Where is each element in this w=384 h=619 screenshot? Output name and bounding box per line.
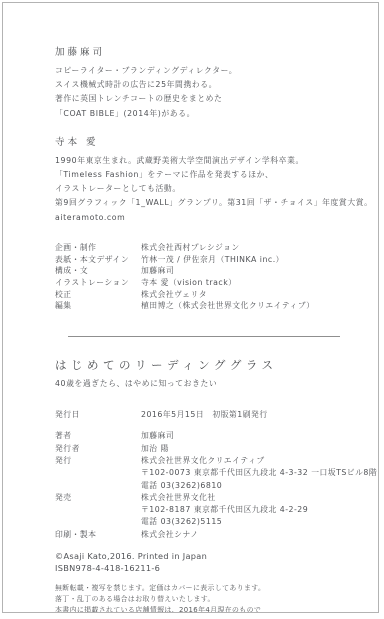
legal-note-line: 無断転載・複写を禁じます。定価はカバーに表示してあります。 (55, 583, 352, 594)
author-bio-line: 著作に英国トレンチコートの歴史をまとめた (55, 92, 352, 106)
illustrator-bio-line: 「Timeless Fashion」をテーマに作品を発表するほか、 (55, 168, 352, 182)
author-bio-line: スイス機械式時計の広告に25年間携わる。 (55, 78, 352, 92)
credit-label: イラストレーション (55, 277, 141, 289)
credit-value: 寺本 愛（vision track） (141, 277, 352, 289)
book-title: はじめてのリーディンググラス (55, 357, 352, 373)
credit-value: 植田博之（株式会社世界文化クリエイティブ） (141, 300, 352, 312)
credit-value: 加藤麻司 (141, 265, 352, 277)
illustrator-bio-line: 1990年東京生まれ。武蔵野美術大学空間演出デザイン学科卒業。 (55, 154, 352, 168)
credit-label: 編集 (55, 300, 141, 312)
section-divider (68, 336, 340, 337)
credit-value: 株式会社ヴェリタ (141, 289, 352, 301)
printer-name: 株式会社シナノ (141, 529, 352, 541)
illustrator-profile-teramoto: 寺本 愛 1990年東京生まれ。武蔵野美術大学空間演出デザイン学科卒業。 「Ti… (55, 134, 352, 225)
publisher-name: 株式会社世界文化クリエイティブ (141, 455, 377, 467)
credit-row: 校正 株式会社ヴェリタ (55, 289, 352, 301)
publication-row: 発行 株式会社世界文化クリエイティブ 〒102-0073 東京都千代田区九段北 … (55, 455, 352, 492)
colophon-content: 加藤麻司 コピーライター・ブランディングディレクター。 スイス機械式時計の広告に… (3, 3, 378, 613)
illustrator-name: 寺本 愛 (55, 134, 352, 148)
publisher-phone: 電話 03(3262)6810 (141, 480, 377, 492)
credit-row: 企画・制作 株式会社西村プレシジョン (55, 242, 352, 254)
publisher-address: 〒102-0073 東京都千代田区九段北 4-3-32 一口坂TSビル8階 (141, 467, 377, 479)
copyright-line: ©Asaji Kato,2016. Printed in Japan (55, 551, 352, 563)
distributor-address: 〒102-8187 東京都千代田区九段北 4-2-29 (141, 504, 352, 516)
credit-label: 構成・文 (55, 265, 141, 277)
legal-note-line: 落丁・乱丁のある場合はお取り替えいたします。 (55, 594, 352, 605)
illustrator-website-url: aiteramoto.com (55, 211, 352, 225)
publication-label: 発行者 (55, 443, 141, 455)
isbn-line: ISBN978-4-418-16211-6 (55, 563, 352, 575)
publication-label: 発行日 (55, 409, 141, 421)
credit-label: 表紙・本文デザイン (55, 254, 141, 266)
publication-value: 加治 陽 (141, 443, 352, 455)
author-bio-line: コピーライター・ブランディングディレクター。 (55, 64, 352, 78)
publication-label: 著者 (55, 430, 141, 442)
legal-note-line: 本書内に掲載されている店舗情報は、2016年4月現在のもので (55, 605, 352, 613)
credit-row: イラストレーション 寺本 愛（vision track） (55, 277, 352, 289)
credit-value: 株式会社西村プレシジョン (141, 242, 352, 254)
publication-row: 発行日 2016年5月15日 初版第1刷発行 (55, 409, 352, 421)
credits-list: 企画・制作 株式会社西村プレシジョン 表紙・本文デザイン 竹林一茂 / 伊佐奈月… (55, 242, 352, 312)
publication-label: 印刷・製本 (55, 529, 141, 541)
author-bio-line: 「COAT BIBLE」(2014年)がある。 (55, 107, 352, 121)
book-subtitle: 40歳を過ぎたら、はやめに知っておきたい (55, 378, 352, 389)
illustrator-bio-line: イラストレーターとしても活動。 (55, 182, 352, 196)
credit-value: 竹林一茂 / 伊佐奈月（THINKA inc.） (141, 254, 352, 266)
illustrator-bio-line: 第9回グラフィック「1_WALL」グランプリ。第31回「ザ・チョイス」年度賞大賞… (55, 196, 352, 210)
publication-row: 発売 株式会社世界文化社 〒102-8187 東京都千代田区九段北 4-2-29… (55, 492, 352, 529)
publication-row: 発行者 加治 陽 (55, 443, 352, 455)
credit-label: 校正 (55, 289, 141, 301)
publication-details: 発行日 2016年5月15日 初版第1刷発行 著者 加藤麻司 発行者 (55, 409, 352, 541)
publication-label: 発行 (55, 455, 141, 492)
author-profile-kato: 加藤麻司 コピーライター・ブランディングディレクター。 スイス機械式時計の広告に… (55, 44, 352, 121)
legal-notes: 無断転載・複写を禁じます。定価はカバーに表示してあります。 落丁・乱丁のある場合… (55, 583, 352, 613)
distributor-phone: 電話 03(3262)5115 (141, 516, 352, 528)
publication-label: 発売 (55, 492, 141, 529)
credit-row: 構成・文 加藤麻司 (55, 265, 352, 277)
author-name: 加藤麻司 (55, 44, 352, 58)
publication-value: 加藤麻司 (141, 430, 352, 442)
distributor-name: 株式会社世界文化社 (141, 492, 352, 504)
credit-label: 企画・制作 (55, 242, 141, 254)
publication-row: 著者 加藤麻司 (55, 430, 352, 442)
publication-row: 印刷・製本 株式会社シナノ (55, 529, 352, 541)
credit-row: 表紙・本文デザイン 竹林一茂 / 伊佐奈月（THINKA inc.） (55, 254, 352, 266)
publication-value: 2016年5月15日 初版第1刷発行 (141, 409, 352, 421)
credit-row: 編集 植田博之（株式会社世界文化クリエイティブ） (55, 300, 352, 312)
colophon-page: 加藤麻司 コピーライター・ブランディングディレクター。 スイス機械式時計の広告に… (2, 2, 379, 613)
copyright-block: ©Asaji Kato,2016. Printed in Japan ISBN9… (55, 551, 352, 575)
